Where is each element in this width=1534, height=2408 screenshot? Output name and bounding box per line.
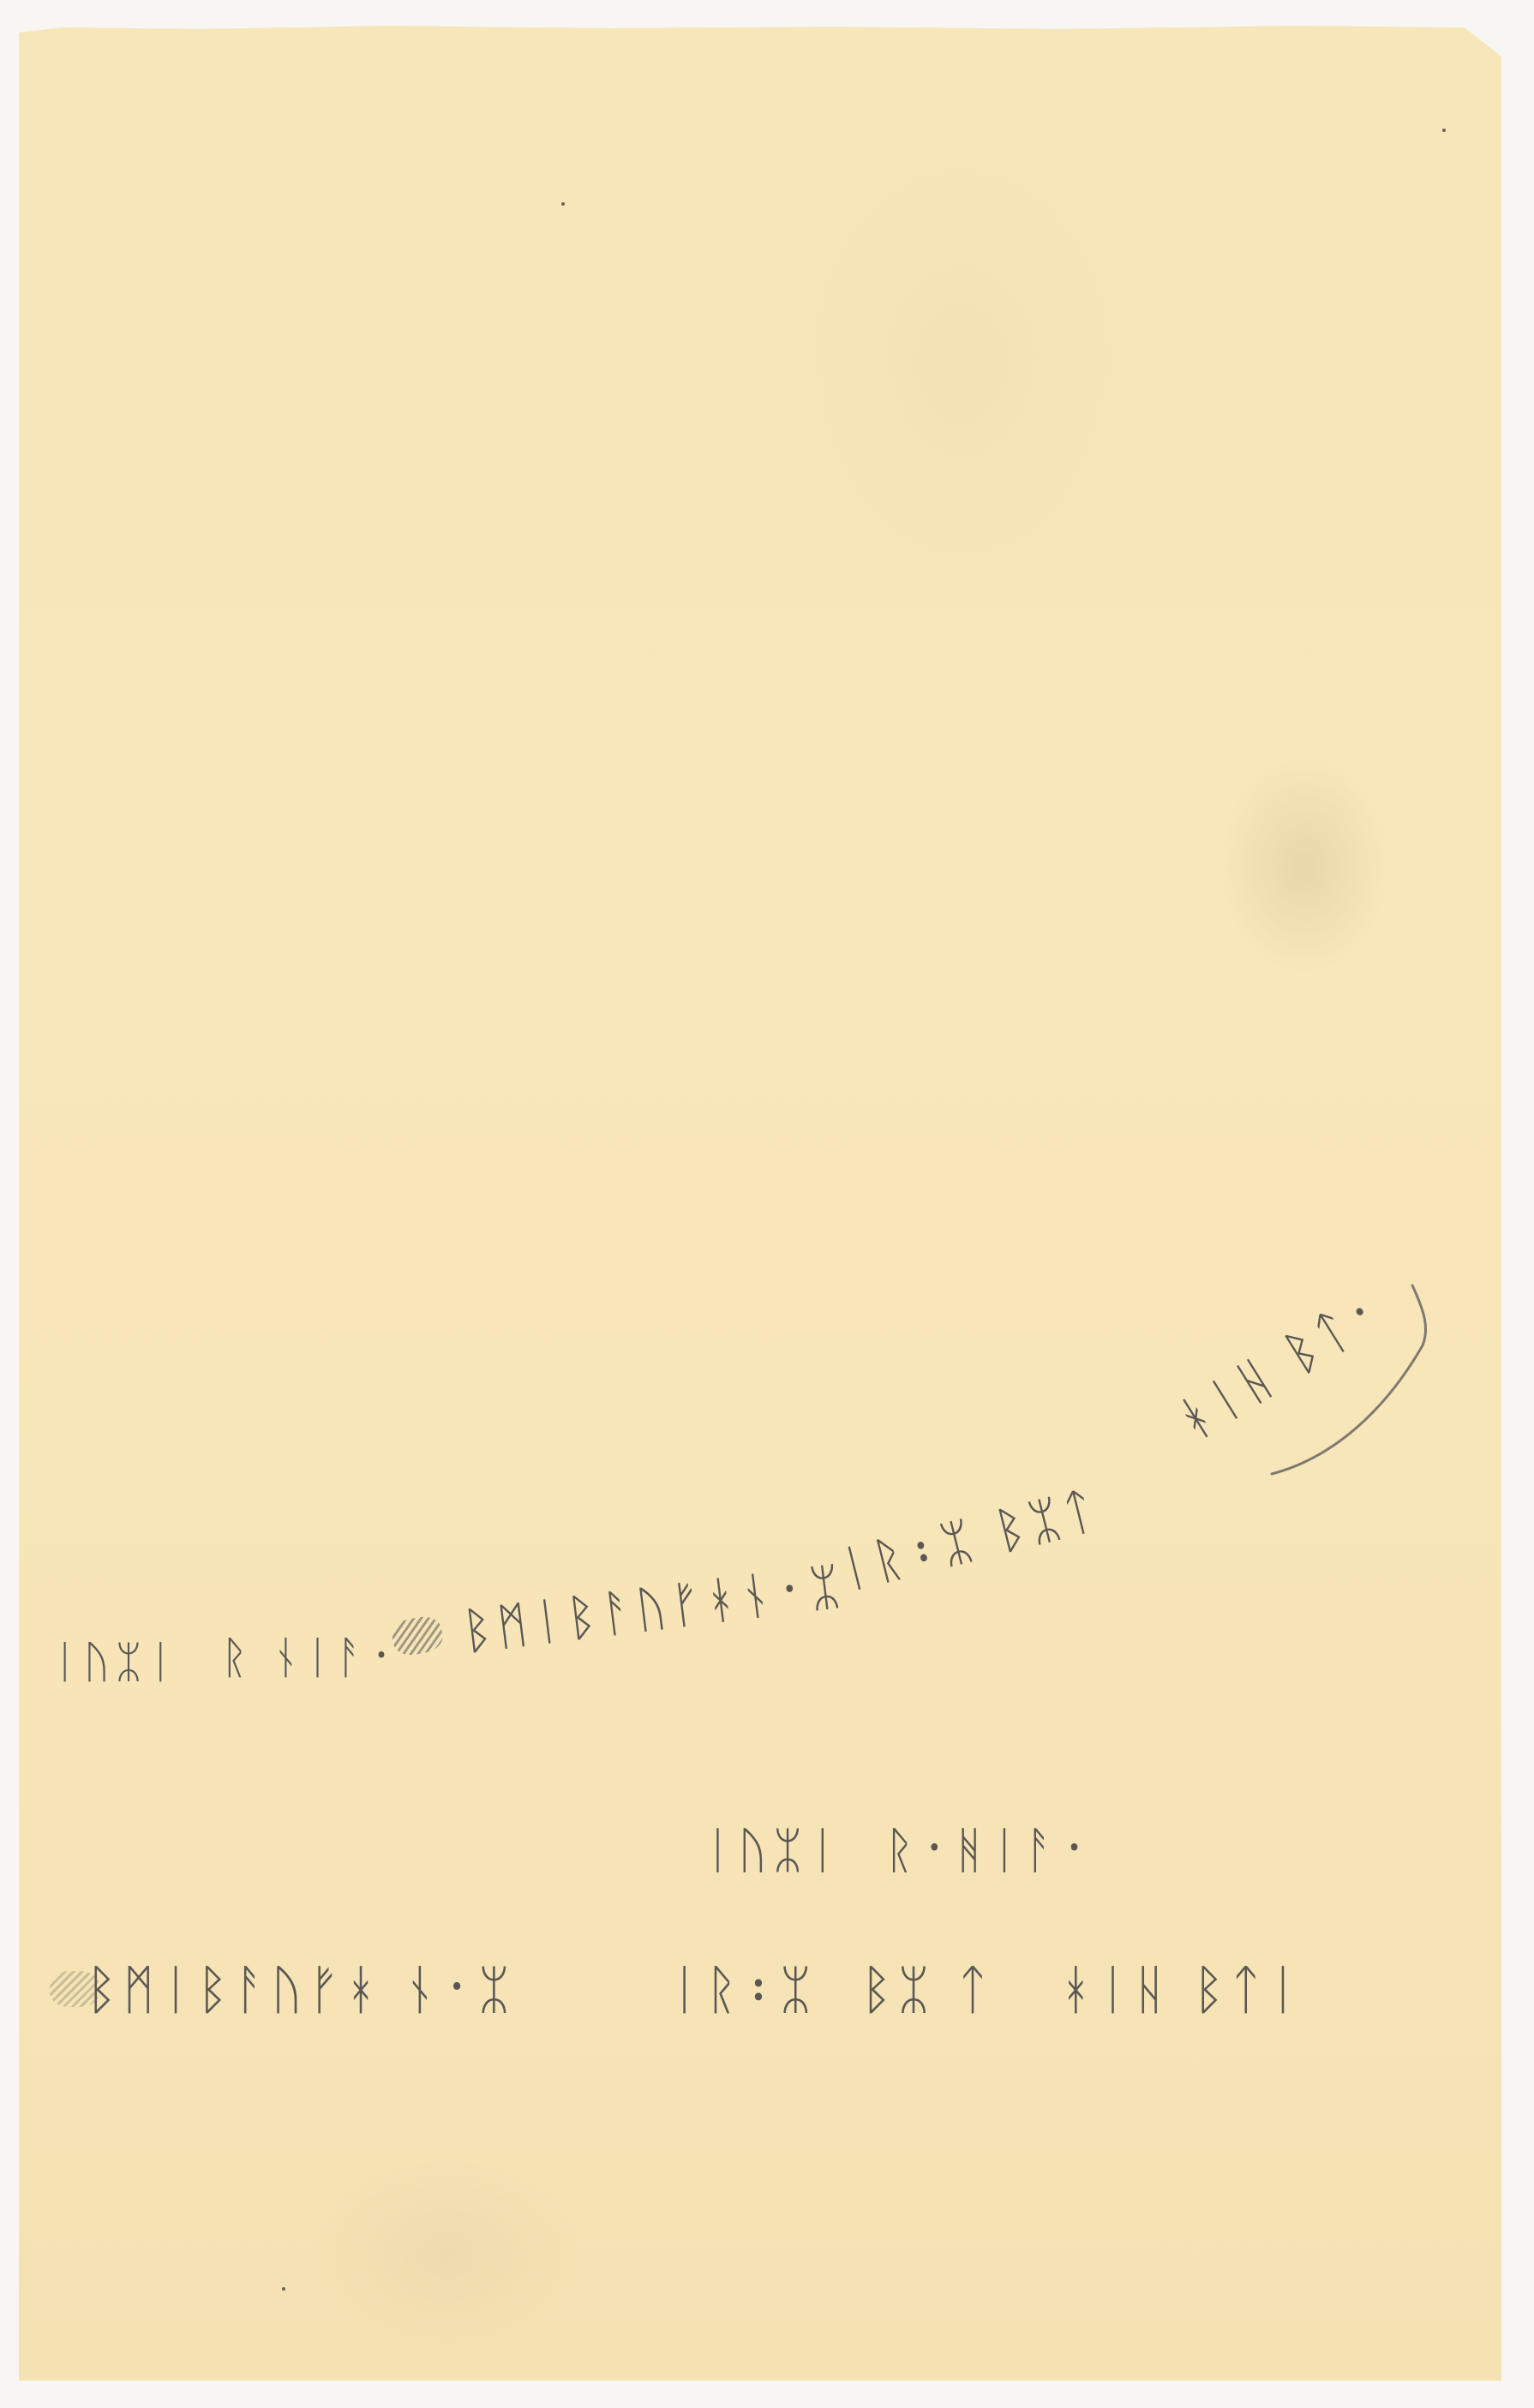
- paper-speck: [282, 2287, 285, 2291]
- rune-line-2: ᛁᚢᛯᛁ ᚱ᛫ᚻᛁᚨ᛫: [703, 1821, 1094, 1879]
- pencil-curve-stroke: [0, 0, 1534, 2408]
- rune-line-1-group-2: ᚱ ᚾᛁᚨ᛫: [221, 1632, 400, 1684]
- paper-speck: [561, 202, 565, 206]
- rune-line-3-group-1: ᛒᛗᛁᛒᚨᚢᚠᚼ ᚾ᛫ᛯ: [86, 1958, 515, 2021]
- rune-line-3-group-2: ᛁᚱ᛬ᛯ ᛒᛯ ᛏ ᚼᛁᚺ ᛒᛏᛁ: [668, 1958, 1304, 2021]
- rune-line-1-group-1: ᛁᚢᛯᛁ: [51, 1637, 179, 1688]
- paper-speck: [1442, 129, 1446, 132]
